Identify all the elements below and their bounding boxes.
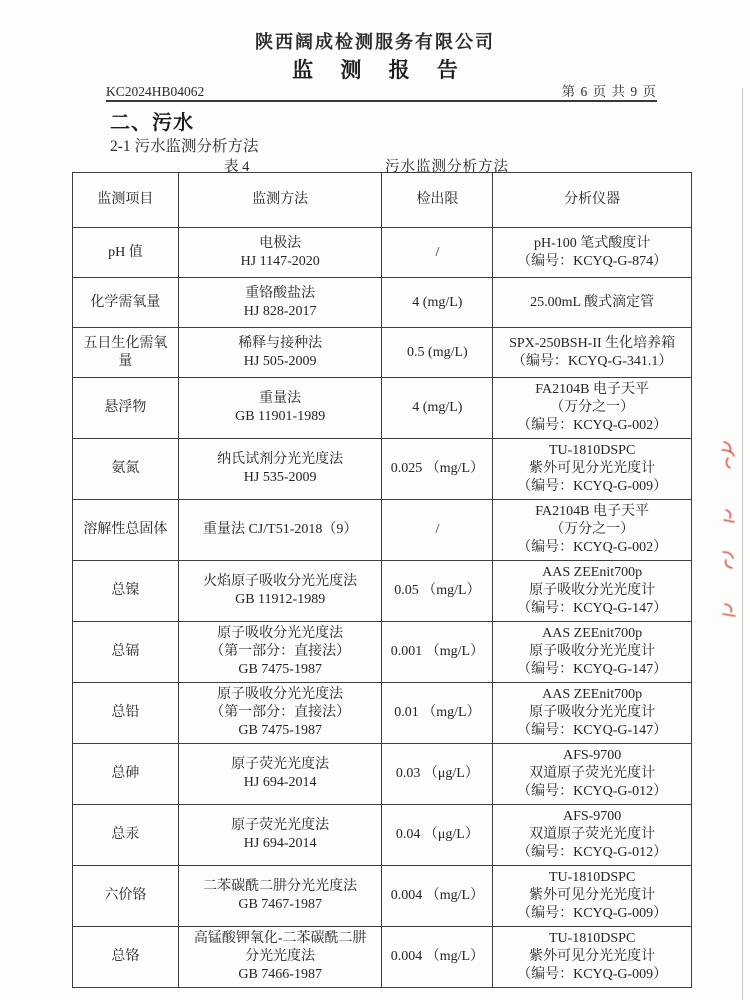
table-row: pH 值 电极法 HJ 1147-2020 / pH-100 笔式酸度计 （编号… xyxy=(73,228,692,278)
limit-cell: 0.004 （mg/L） xyxy=(382,927,493,988)
analysis-methods-table: 监测项目 监测方法 检出限 分析仪器 pH 值 电极法 HJ 1147-2020… xyxy=(72,172,692,988)
report-page: 陕西阔成检测服务有限公司 监 测 报 告 KC2024HB04062 第 6 页… xyxy=(0,0,750,1000)
method-cell: 火焰原子吸收分光光度法 GB 11912-1989 xyxy=(178,561,382,622)
item-cell: 化学需氧量 xyxy=(73,278,179,328)
instrument-cell: AAS ZEEnit700p 原子吸收分光光度计 （编号：KCYQ-G-147） xyxy=(493,561,692,622)
method-cell: 原子荧光光度法 HJ 694-2014 xyxy=(178,744,382,805)
page-indicator: 第 6 页 共 9 页 xyxy=(562,80,657,100)
method-cell: 原子吸收分光光度法 （第一部分：直接法） GB 7475-1987 xyxy=(178,683,382,744)
item-cell: 总汞 xyxy=(73,805,179,866)
table-row: 五日生化需氧 量 稀释与接种法 HJ 505-2009 0.5 (mg/L) S… xyxy=(73,328,692,378)
table-row: 溶解性总固体 重量法 CJ/T51-2018（9） / FA2104B 电子天平… xyxy=(73,500,692,561)
limit-cell: 0.05 （mg/L） xyxy=(382,561,493,622)
subsection-heading: 2-1 污水监测分析方法 xyxy=(110,134,259,156)
limit-cell: 4 (mg/L) xyxy=(382,278,493,328)
limit-cell: 4 (mg/L) xyxy=(382,378,493,439)
table-row: 总砷 原子荧光光度法 HJ 694-2014 0.03 （μg/L） AFS-9… xyxy=(73,744,692,805)
instrument-cell: TU-1810DSPC 紫外可见分光光度计 （编号：KCYQ-G-009） xyxy=(493,439,692,500)
limit-cell: 0.03 （μg/L） xyxy=(382,744,493,805)
item-cell: 总铅 xyxy=(73,683,179,744)
item-cell: pH 值 xyxy=(73,228,179,278)
item-cell: 总镉 xyxy=(73,622,179,683)
limit-cell: / xyxy=(382,500,493,561)
method-cell: 电极法 HJ 1147-2020 xyxy=(178,228,382,278)
header-instrument: 分析仪器 xyxy=(493,173,692,228)
limit-cell: 0.5 (mg/L) xyxy=(382,328,493,378)
table-row: 化学需氧量 重铬酸盐法 HJ 828-2017 4 (mg/L) 25.00mL… xyxy=(73,278,692,328)
table-row: 悬浮物 重量法 GB 11901-1989 4 (mg/L) FA2104B 电… xyxy=(73,378,692,439)
method-cell: 重铬酸盐法 HJ 828-2017 xyxy=(178,278,382,328)
header-method: 监测方法 xyxy=(178,173,382,228)
item-cell: 氨氮 xyxy=(73,439,179,500)
company-name: 陕西阔成检测服务有限公司 xyxy=(0,28,750,54)
item-cell: 总镍 xyxy=(73,561,179,622)
instrument-cell: AAS ZEEnit700p 原子吸收分光光度计 （编号：KCYQ-G-147） xyxy=(493,622,692,683)
instrument-cell: FA2104B 电子天平 （万分之一） （编号：KCYQ-G-002） xyxy=(493,500,692,561)
limit-cell: / xyxy=(382,228,493,278)
method-cell: 原子荧光光度法 HJ 694-2014 xyxy=(178,805,382,866)
analysis-table-body: pH 值 电极法 HJ 1147-2020 / pH-100 笔式酸度计 （编号… xyxy=(73,228,692,988)
item-cell: 悬浮物 xyxy=(73,378,179,439)
table-caption: 表 4 污水监测分析方法 xyxy=(72,155,692,171)
method-cell: 重量法 CJ/T51-2018（9） xyxy=(178,500,382,561)
red-seal-fragment xyxy=(714,436,740,631)
table-row: 六价铬 二苯碳酰二肼分光光度法 GB 7467-1987 0.004 （mg/L… xyxy=(73,866,692,927)
item-cell: 五日生化需氧 量 xyxy=(73,328,179,378)
table-header-row: 监测项目 监测方法 检出限 分析仪器 xyxy=(73,173,692,228)
section-heading: 二、污水 xyxy=(110,106,194,135)
instrument-cell: TU-1810DSPC 紫外可见分光光度计 （编号：KCYQ-G-009） xyxy=(493,927,692,988)
instrument-cell: 25.00mL 酸式滴定管 xyxy=(493,278,692,328)
table-row: 总镍 火焰原子吸收分光光度法 GB 11912-1989 0.05 （mg/L）… xyxy=(73,561,692,622)
item-cell: 溶解性总固体 xyxy=(73,500,179,561)
instrument-cell: AAS ZEEnit700p 原子吸收分光光度计 （编号：KCYQ-G-147） xyxy=(493,683,692,744)
instrument-cell: pH-100 笔式酸度计 （编号：KCYQ-G-874） xyxy=(493,228,692,278)
item-cell: 总铬 xyxy=(73,927,179,988)
limit-cell: 0.01 （mg/L） xyxy=(382,683,493,744)
instrument-cell: AFS-9700 双道原子荧光光度计 （编号：KCYQ-G-012） xyxy=(493,805,692,866)
limit-cell: 0.04 （μg/L） xyxy=(382,805,493,866)
report-number: KC2024HB04062 xyxy=(106,84,204,100)
method-cell: 原子吸收分光光度法 （第一部分：直接法） GB 7475-1987 xyxy=(178,622,382,683)
method-cell: 高锰酸钾氧化-二苯碳酰二肼 分光光度法 GB 7466-1987 xyxy=(178,927,382,988)
table-row: 总镉 原子吸收分光光度法 （第一部分：直接法） GB 7475-1987 0.0… xyxy=(73,622,692,683)
table-row: 总铬 高锰酸钾氧化-二苯碳酰二肼 分光光度法 GB 7466-1987 0.00… xyxy=(73,927,692,988)
instrument-cell: AFS-9700 双道原子荧光光度计 （编号：KCYQ-G-012） xyxy=(493,744,692,805)
instrument-cell: TU-1810DSPC 紫外可见分光光度计 （编号：KCYQ-G-009） xyxy=(493,866,692,927)
limit-cell: 0.001 （mg/L） xyxy=(382,622,493,683)
item-cell: 总砷 xyxy=(73,744,179,805)
page-scan-edge-line xyxy=(742,88,743,1000)
method-cell: 稀释与接种法 HJ 505-2009 xyxy=(178,328,382,378)
method-cell: 二苯碳酰二肼分光光度法 GB 7467-1987 xyxy=(178,866,382,927)
instrument-cell: FA2104B 电子天平 （万分之一） （编号：KCYQ-G-002） xyxy=(493,378,692,439)
item-cell: 六价铬 xyxy=(73,866,179,927)
method-cell: 重量法 GB 11901-1989 xyxy=(178,378,382,439)
table-row: 氨氮 纳氏试剂分光光度法 HJ 535-2009 0.025 （mg/L） TU… xyxy=(73,439,692,500)
limit-cell: 0.004 （mg/L） xyxy=(382,866,493,927)
page-header-rule: KC2024HB04062 第 6 页 共 9 页 xyxy=(106,82,657,102)
table-row: 总汞 原子荧光光度法 HJ 694-2014 0.04 （μg/L） AFS-9… xyxy=(73,805,692,866)
limit-cell: 0.025 （mg/L） xyxy=(382,439,493,500)
header-limit: 检出限 xyxy=(382,173,493,228)
table-row: 总铅 原子吸收分光光度法 （第一部分：直接法） GB 7475-1987 0.0… xyxy=(73,683,692,744)
instrument-cell: SPX-250BSH-II 生化培养箱 （编号：KCYQ-G-341.1） xyxy=(493,328,692,378)
method-cell: 纳氏试剂分光光度法 HJ 535-2009 xyxy=(178,439,382,500)
header-item: 监测项目 xyxy=(73,173,179,228)
